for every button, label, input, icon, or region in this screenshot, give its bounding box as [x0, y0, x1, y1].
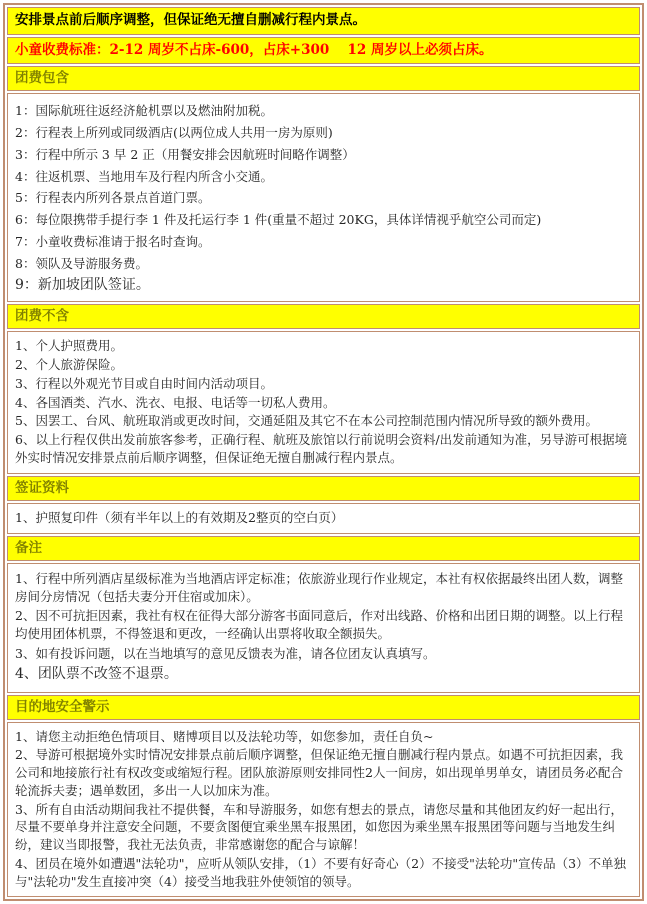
section-title-fee-includes: 团费包含: [7, 66, 640, 91]
list-item: 1：国际航班往返经济舱机票以及燃油附加税。: [15, 102, 632, 120]
list-item: 4：往返机票、当地用车及行程内所含小交通。: [15, 168, 632, 186]
section-body-remarks: 1、行程中所列酒店星级标准为当地酒店评定标准；依旅游业现行作业规定，本社有权依据…: [7, 563, 640, 693]
list-item: 1、护照复印件（须有半年以上的有效期及2整页的空白页）: [15, 509, 632, 527]
section-title-remarks: 备注: [7, 536, 640, 561]
section-body-destination-safety-warning: 1、请您主动拒绝色情项目、赌博项目以及法轮功等，如您参加，责任自负~ 2、导游可…: [7, 722, 640, 898]
list-item: 4、各国酒类、汽水、洗衣、电报、电话等一切私人费用。: [15, 394, 632, 412]
list-item: 6：每位限携带手提行李 1 件及托运行李 1 件(重量不超过 20KG，具体详情…: [15, 211, 632, 229]
section-title-visa-documents: 签证资料: [7, 476, 640, 501]
section-title-fee-excludes: 团费不含: [7, 304, 640, 329]
list-item: 1、请您主动拒绝色情项目、赌博项目以及法轮功等，如您参加，责任自负~: [15, 728, 632, 746]
list-item: 7：小童收费标准请于报名时查询。: [15, 233, 632, 251]
route-adjust-notice: 安排景点前后顺序调整，但保证绝无擅自删减行程内景点。: [7, 7, 640, 35]
section-body-visa-documents: 1、护照复印件（须有半年以上的有效期及2整页的空白页）: [7, 503, 640, 534]
list-item: 6、以上行程仅供出发前旅客参考，正确行程、航班及旅馆以行前说明会资料/出发前通知…: [15, 431, 632, 467]
list-item: 8：领队及导游服务费。: [15, 255, 632, 273]
section-body-fee-includes: 1：国际航班往返经济舱机票以及燃油附加税。 2：行程表上所列或同级酒店(以两位成…: [7, 93, 640, 302]
section-body-fee-excludes: 1、个人护照费用。 2、个人旅游保险。 3、行程以外观光节目或自由时间内活动项目…: [7, 331, 640, 473]
child-pricing-notice: 小童收费标准：2-12 周岁不占床-600，占床+300 12 周岁以上必须占床…: [7, 37, 640, 65]
list-item: 3、行程以外观光节目或自由时间内活动项目。: [15, 375, 632, 393]
list-item: 3、如有投诉问题，以在当地填写的意见反馈表为准，请各位团友认真填写。: [15, 645, 632, 663]
list-item: 1、个人护照费用。: [15, 337, 632, 355]
itinerary-terms-table: 安排景点前后顺序调整，但保证绝无擅自删减行程内景点。 小童收费标准：2-12 周…: [3, 3, 644, 901]
list-item: 3、所有自由活动期间我社不提供餐，车和导游服务，如您有想去的景点，请您尽量和其他…: [15, 801, 632, 854]
list-item: 9：新加坡团队签证。: [15, 276, 632, 296]
list-item: 1、行程中所列酒店星级标准为当地酒店评定标准；依旅游业现行作业规定，本社有权依据…: [15, 570, 632, 606]
list-item: 4、团队票不改签不退票。: [15, 665, 632, 685]
list-item: 2：行程表上所列或同级酒店(以两位成人共用一房为原则): [15, 124, 632, 142]
list-item: 2、导游可根据境外实时情况安排景点前后顺序调整，但保证绝无擅自删减行程内景点。如…: [15, 746, 632, 799]
list-item: 4、团员在境外如遭遇"法轮功"，应听从领队安排，（1）不要有好奇心（2）不接受"…: [15, 855, 632, 891]
list-item: 2、个人旅游保险。: [15, 356, 632, 374]
section-title-destination-safety-warning: 目的地安全警示: [7, 695, 640, 720]
list-item: 2、因不可抗拒因素，我社有权在征得大部分游客书面同意后，作对出线路、价格和出团日…: [15, 607, 632, 643]
list-item: 3：行程中所示 3 早 2 正（用餐安排会因航班时间略作调整）: [15, 146, 632, 164]
list-item: 5：行程表内所列各景点首道门票。: [15, 189, 632, 207]
list-item: 5、因罢工、台风、航班取消或更改时间，交通延阻及其它不在本公司控制范围内情况所导…: [15, 412, 632, 430]
